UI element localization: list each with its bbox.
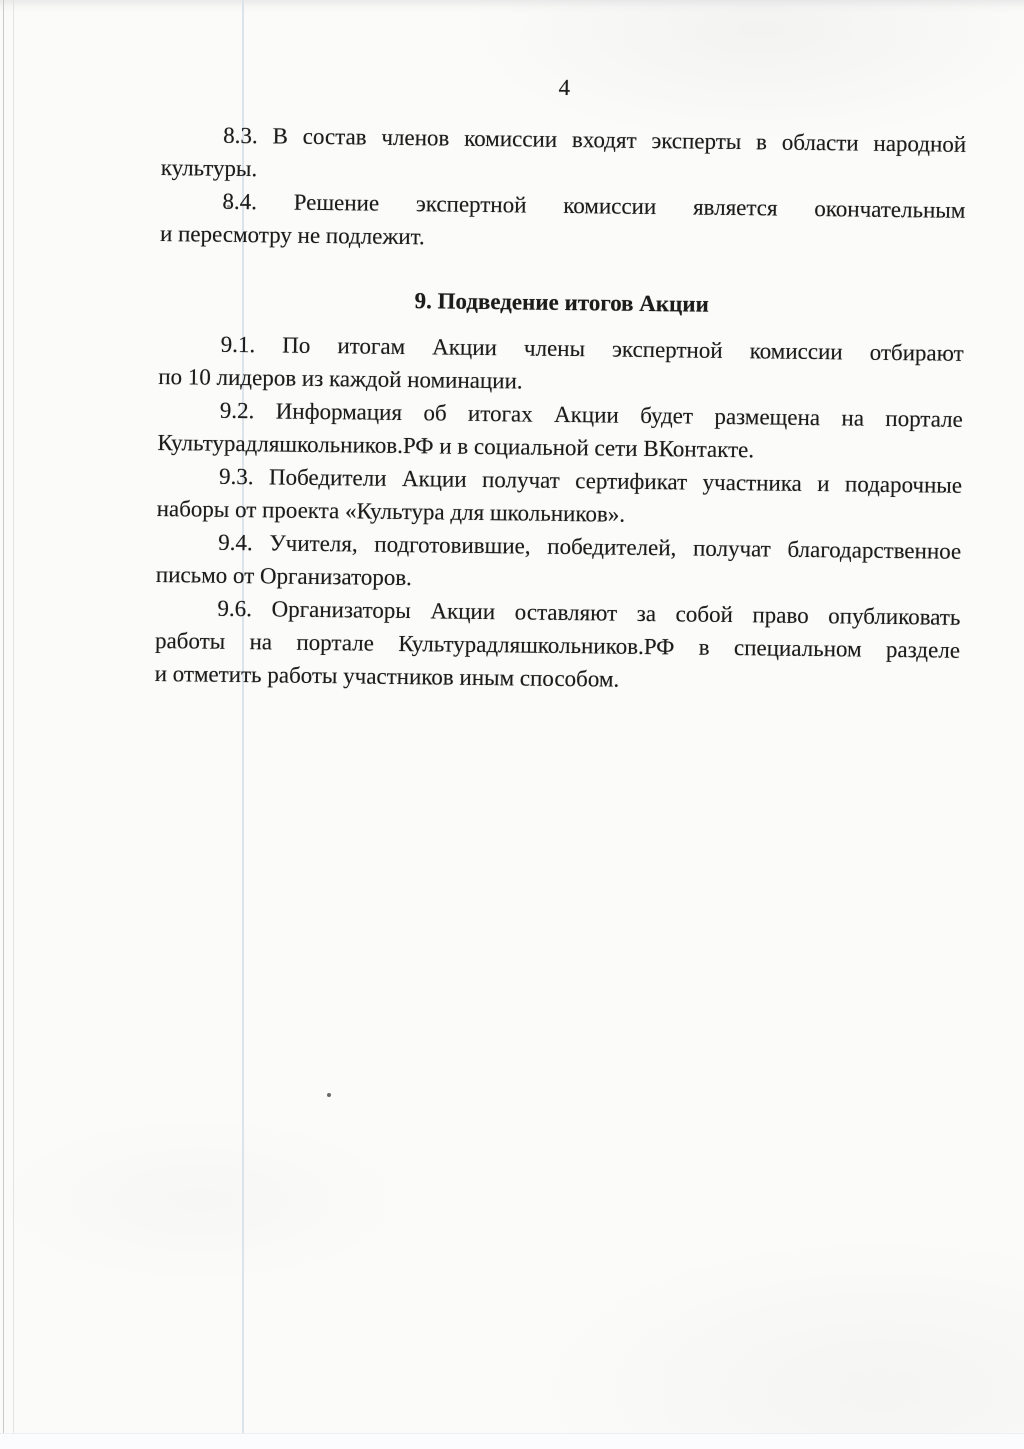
paragraph-9-2: 9.2. Информация об итогах Акции будет ра… — [157, 393, 963, 469]
document-text-block: 4 8.3. В состав членов комиссии входят э… — [154, 0, 967, 700]
section-heading: 9. Подведение итогов Акции — [159, 281, 964, 324]
page-number: 4 — [162, 66, 967, 109]
scan-left-edge-line — [3, 0, 4, 1438]
dust-speck — [327, 1093, 331, 1097]
scan-bottom-edge — [0, 1433, 1024, 1449]
paragraph-9-3: 9.3. Победители Акции получат сертификат… — [156, 459, 962, 535]
paragraph-9-6: 9.6. Организаторы Акции оставляют за соб… — [154, 591, 960, 700]
scanned-document-page: 4 8.3. В состав членов комиссии входят э… — [0, 0, 1024, 1449]
paragraph-8-4: 8.4. Решение экспертной комиссии являетс… — [160, 184, 966, 260]
scan-left-edge-line-secondary — [13, 0, 14, 1438]
paragraph-8-3: 8.3. В состав членов комиссии входят экс… — [161, 118, 967, 194]
paragraph-9-4: 9.4. Учителя, подготовившие, победителей… — [156, 525, 962, 601]
document-body: 8.3. В состав членов комиссии входят экс… — [154, 118, 966, 700]
paragraph-9-1: 9.1. По итогам Акции члены экспертной ко… — [158, 327, 964, 403]
